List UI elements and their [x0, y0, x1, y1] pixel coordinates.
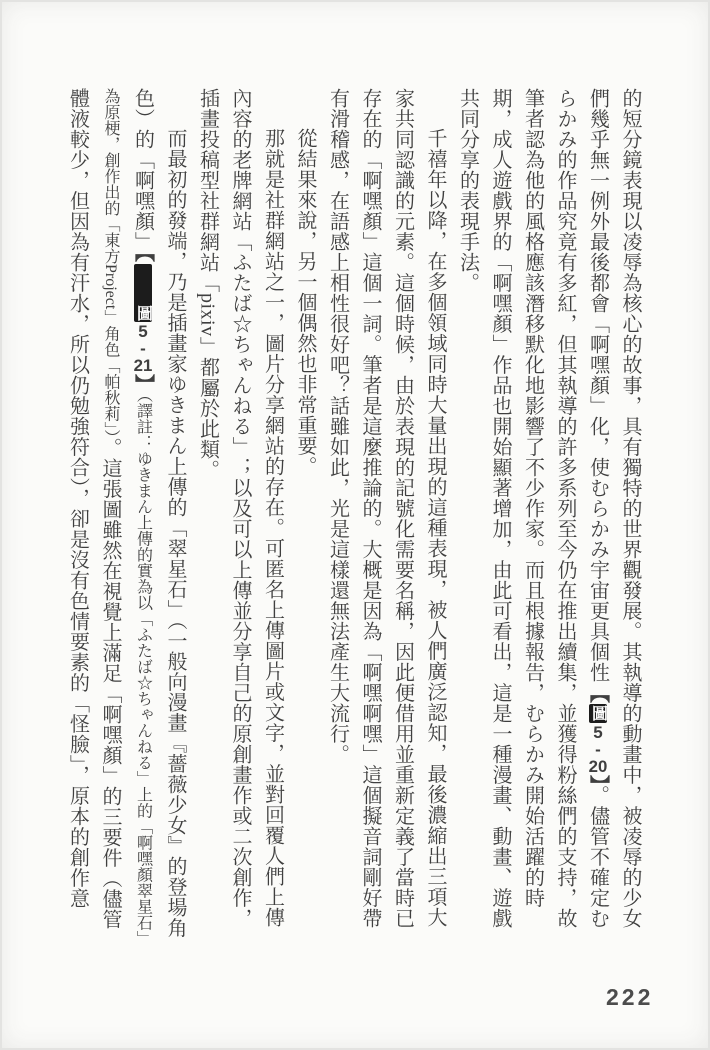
figure-reference: 【圖5-21】 — [132, 252, 154, 395]
page-number: 222 — [606, 984, 653, 1011]
translator-note: （譯註：ゆきまん上傳的實為以「ふたば☆ちゃんねる」上的「啊嘿顏翠星石」為原梗，創… — [102, 88, 152, 939]
figure-box-icon: 圖 — [589, 704, 607, 723]
paragraph: 千禧年以降，在多個領域同時大量出現的這種表現，被人們廣泛認知，最後濃縮出三項大家… — [321, 88, 451, 940]
figure-reference: 【圖5-20】 — [587, 683, 609, 786]
paragraph: 的短分鏡表現以凌辱為核心的故事，具有獨特的世界觀發展。其執導的動畫中，被凌辱的少… — [451, 88, 646, 940]
figure-box-icon: 圖 — [134, 264, 152, 323]
paragraph: 那就是社群網站之一，圖片分享網站的存在。可匿名上傳圖片或文字，並對回覆人們上傳內… — [191, 88, 289, 940]
paragraph: 從結果來說，另一個偶然也非常重要。 — [289, 88, 322, 940]
book-page: 的短分鏡表現以凌辱為核心的故事，具有獨特的世界觀發展。其執導的動畫中，被凌辱的少… — [0, 0, 710, 1050]
paragraph: 而最初的發端，乃是插畫家ゆきまん上傳的「翠星石」（一般向漫畫『薔薇少女』的登場角… — [61, 88, 191, 940]
vertical-text-block: 的短分鏡表現以凌辱為核心的故事，具有獨特的世界觀發展。其執導的動畫中，被凌辱的少… — [61, 88, 646, 940]
